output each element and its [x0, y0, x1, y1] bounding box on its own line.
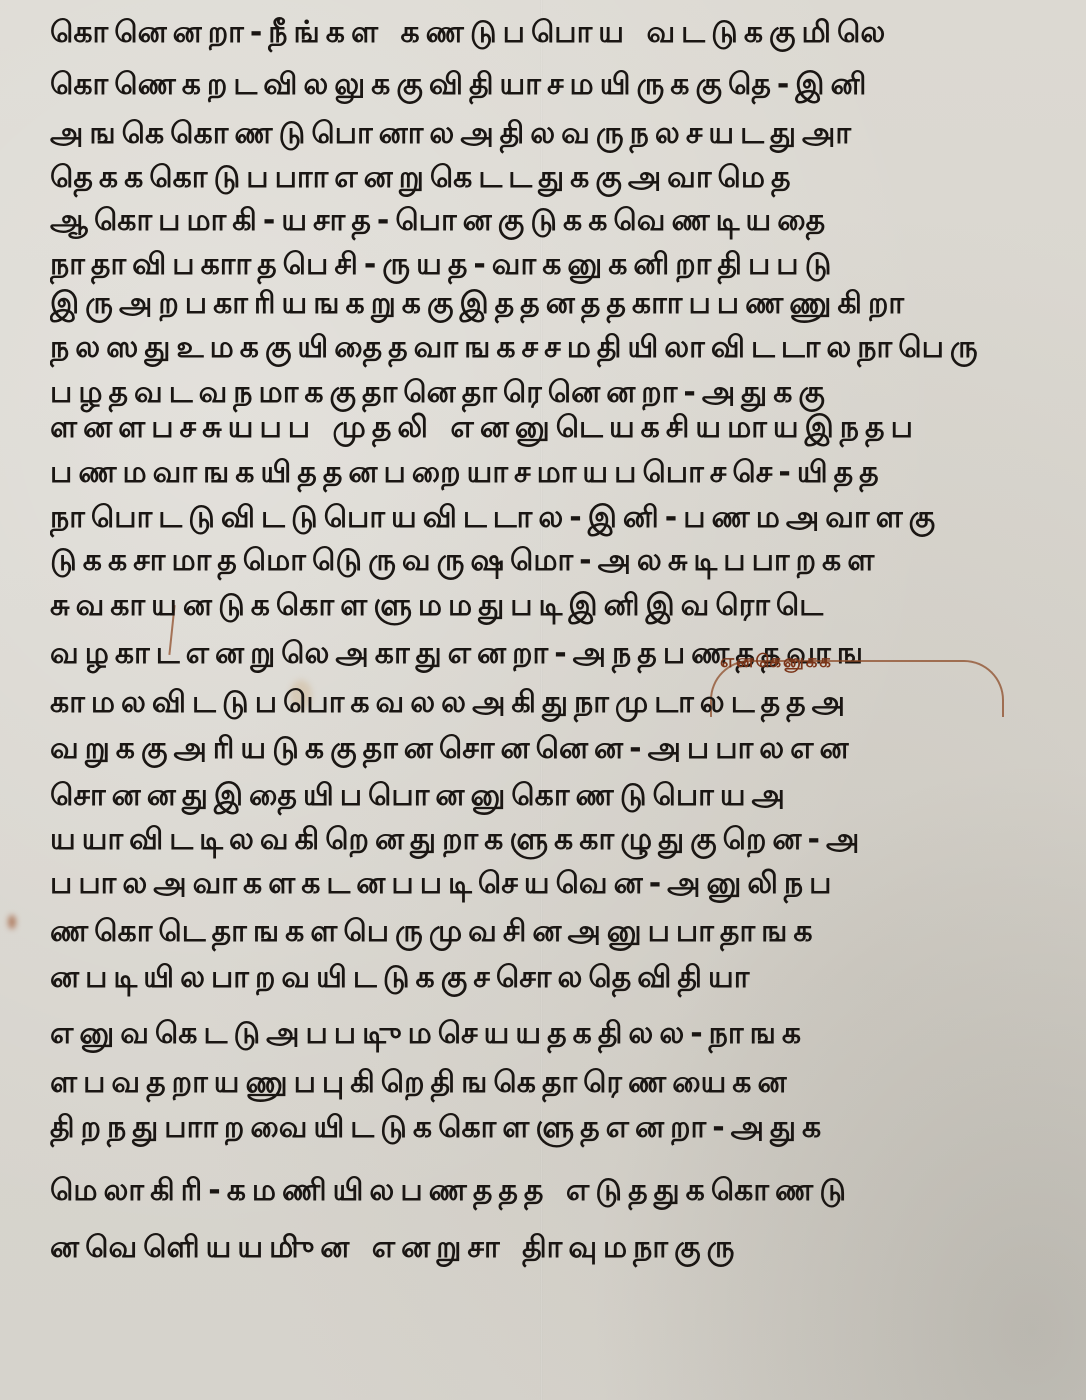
manuscript-line-11: பணமவாஙகயிததனபறையாசமாயபபொசசெ-யிதத [50, 455, 1056, 494]
manuscript-line-22: னபடியிலபாறவயிடடுககுசசொலதெவிதியா [50, 960, 1056, 999]
manuscript-line-16: காமலவிடடுபபொகவலலஅகிதுநாமுடாலடததஅ [50, 685, 1056, 724]
manuscript-line-13: டுககசாமாதமொடுெருவருஷமொ-அலசுடிபபாறகள [50, 543, 1056, 582]
manuscript-line-6: நாதாவிபகாாதபெசி-ருயத-வாகனுகனிறாதிபபடு [50, 247, 1056, 286]
manuscript-line-25: திறநதுபாாறவையிடடுககொளளுதஎனறா-அதுக [50, 1110, 1056, 1149]
manuscript-line-3: அஙகெகொணடுபொனாலஅதிலவருநலசயடதுஅா [50, 116, 1056, 155]
manuscript-line-4: தெகககொடுபபாாஎனறுகெடடதுககுஅவாமெத [50, 160, 1056, 199]
manuscript-line-14: சுவகாயனடுககொளளுமமதுபடிஇனிஇவரொடெ [50, 588, 1056, 627]
manuscript-line-12: நாபொடடுவிடடுபொயவிடடால-இனி-பணமஅவாளகு [50, 500, 1056, 539]
manuscript-line-8: நலஸதுஉமககுயிதைதவாஙகசசமதியிலாவிடடாலநாபெரு [50, 330, 1056, 369]
manuscript-line-23: எனுவகெடடுஅபபடிுமசெயயதகதிலல-நாஙக [50, 1016, 1056, 1055]
manuscript-line-17: வறுககுஅரியடுககுதானசொனனென-அபபாலஎன [50, 731, 1056, 770]
ink-stain [8, 915, 16, 929]
interlinear-correction: எனகெனுகக [720, 651, 833, 674]
manuscript-line-24: ளபவதறாயணுபபுகிறெதிஙகெதாரெணயைகன [50, 1065, 1056, 1104]
manuscript-line-26: மெலாகிரி-கமணியிலபணததத எடுததுககொணடு [50, 1173, 1056, 1212]
manuscript-line-2: கொணெகறடவிலலுககுவிதியாசமயிருககுதெ-இனி [50, 67, 1056, 106]
manuscript-line-27: னவெளிெயயமிுன எனறுசா திாவுமநாகுரு [50, 1230, 1056, 1269]
manuscript-line-18: சொனனதுஇதையிபபொனனுகொணடுபொயஅ [50, 778, 1056, 817]
manuscript-line-5: ஆகொபமாகி-யசாத-பொனகுடுககவெணடியதை [50, 203, 1056, 242]
manuscript-line-10: ளனளபசசுயபப முதலி எனனுடெயகசியமாயஇநதப [50, 410, 1056, 449]
manuscript-line-19: யயாவிடடிலவகிறெனதுறாகளுககாழுதுகுறென-அ [50, 822, 1056, 861]
manuscript-line-21: ணகொடெதாஙகளபெருமுவசினஅனுபபாதாஙக [50, 914, 1056, 953]
manuscript-page: கொனெனறா-நீங்கள கணடுபபொய வடடுககுமிலெ கொணெ… [0, 0, 1086, 1400]
manuscript-line-20: பபாலஅவாகளகடனபபடிசெயவென-அனுலிநப [50, 866, 1056, 905]
manuscript-line-7: இருஅறபகாரியஙகறுககுஇததனததகாாபபணணுகிறா [50, 286, 1056, 325]
manuscript-line-1: கொனெனறா-நீங்கள கணடுபபொய வடடுககுமிலெ [50, 15, 1056, 54]
manuscript-line-9: பழதவடவநமாககுதானெதாரெனெனறா-அதுககு [50, 375, 1056, 414]
